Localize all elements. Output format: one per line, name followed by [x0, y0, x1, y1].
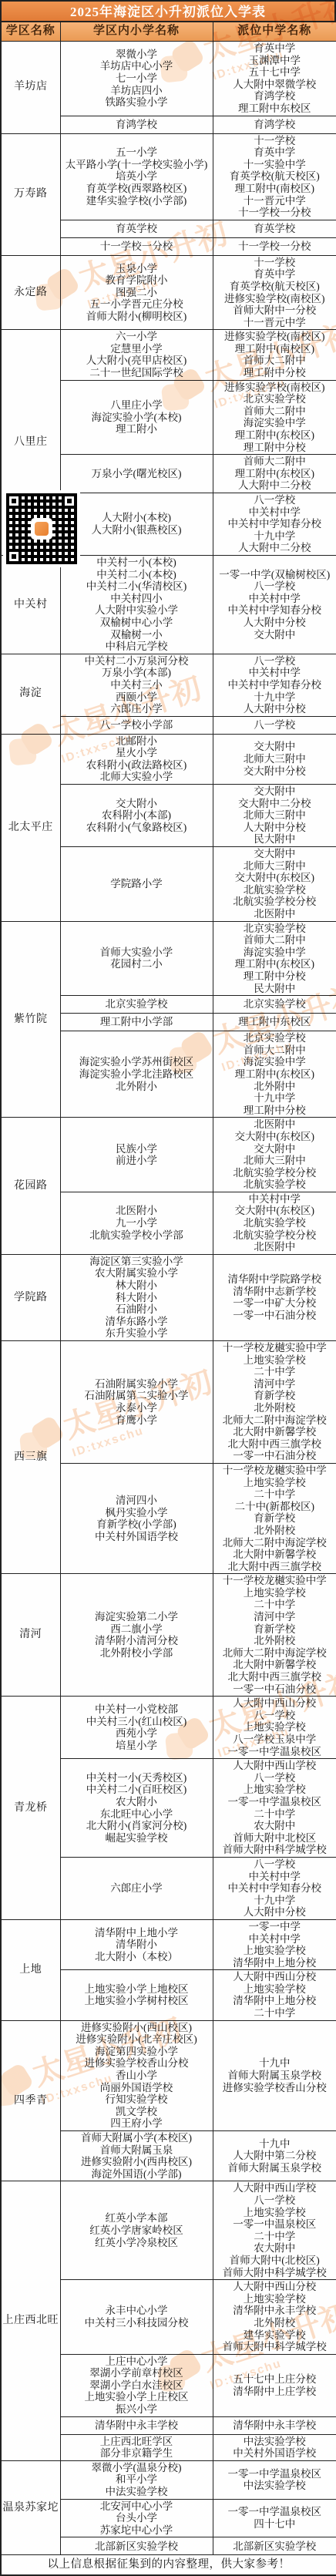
school-name: 上地实验学校	[214, 2293, 336, 2305]
school-name: 清华附中永丰学校	[214, 2420, 336, 2432]
school-name: 二十中学	[214, 1599, 336, 1611]
school-name: 北外附校小学部	[62, 1647, 212, 1660]
school-name: 北外附小	[62, 1081, 212, 1093]
school-name: 育英中学	[214, 146, 336, 159]
primary-schools-cell: 海淀实验小学苏州街校区海淀实验小学北洼路校区北外附小	[60, 1031, 213, 1118]
school-name: 育英中学	[214, 42, 336, 55]
middle-schools-cell: 一零一中学温泉校区四十七中	[213, 2499, 336, 2537]
table-row: 羊坊店翠微小学羊坊店中心小学七一小学羊坊店四小铁路实验小学育英中学玉渊潭中学五十…	[1, 42, 336, 116]
school-name: 北外附校	[214, 1525, 336, 1537]
school-name: 民族小学	[62, 1143, 212, 1155]
district-name-cell: 上地	[1, 1919, 60, 2020]
school-name: 石油附属实验小学	[62, 1378, 212, 1391]
school-name: 人大附中分校	[214, 1906, 336, 1919]
school-name: 二十中学	[214, 1488, 336, 1501]
school-name: 中法实验学校	[214, 2480, 336, 2492]
school-name: 农大附属实验小学	[62, 1267, 212, 1280]
school-name: 一零一中学温泉校区	[214, 1746, 336, 1758]
school-name: 中关村中学	[214, 1193, 336, 1206]
school-name: 永丰中心小学	[62, 2305, 212, 2317]
school-name: 二十中学	[214, 1366, 336, 1378]
school-name: 上地实验学校	[214, 2207, 336, 2219]
middle-schools-cell: 一零一中学温泉校区中法实验学校	[213, 2460, 336, 2499]
school-name: 羊坊店四小	[62, 85, 212, 97]
school-name: 交大附中(东校区)	[214, 872, 336, 884]
school-name: 人大附中二分校	[214, 479, 336, 492]
primary-schools-cell: 红英小学本部红英小学唐家岭校区红英小学冷泉校区	[60, 2181, 213, 2280]
school-name: 北航实验学校	[214, 1217, 336, 1229]
school-name: 石油附属第二实验小学	[62, 1390, 212, 1402]
middle-schools-cell: 十一学校龙樾实验中学上地实验学校二十中学清河中学育新学校北外附校北师大二附中海淀…	[213, 1574, 336, 1697]
school-name: 二十中学	[214, 1808, 336, 1821]
school-name: 中关村一小(天秀校区)	[62, 1772, 212, 1784]
school-name: 理工附中分校	[214, 442, 336, 454]
school-name: 理工附中(东校区)	[214, 958, 336, 970]
school-name: 九一小学	[62, 1217, 212, 1229]
middle-schools-cell: 一零一中学中关村中学上地实验学校清华附中上地分校	[213, 1919, 336, 1969]
school-name: 五一小学晋元庄分校	[62, 298, 212, 311]
school-name: 北大附中新馨学校	[214, 1426, 336, 1438]
primary-schools-cell: 人大附小(本校)人大附小(银燕校区)	[60, 493, 213, 556]
school-name: 十九中学	[214, 1092, 336, 1105]
school-name: 清华附小清河分校	[62, 1635, 212, 1647]
school-name: 清华附中上地分校	[214, 1995, 336, 2007]
school-name: 石油附小	[62, 1303, 212, 1316]
school-name: 育鸿学校	[214, 90, 336, 103]
school-name: 花园村二小	[62, 958, 212, 970]
middle-schools-cell: 人大附中西山分校上地实验学校清华附中上地分校二十中学	[213, 1970, 336, 2020]
school-name: 十一学校一分校	[214, 207, 336, 219]
primary-schools-cell: 六郎庄小学	[60, 1857, 213, 1919]
school-name: 北航实验学校分校	[214, 1229, 336, 1242]
school-name: 中关村二小(百旺校区)	[62, 1784, 212, 1796]
school-name: 海淀外国语(小学部)	[62, 2168, 212, 2181]
school-name: 首师大二附中	[214, 405, 336, 418]
school-name: 一零一中石油分校	[214, 1310, 336, 1322]
school-name: 上地实验学校	[214, 1721, 336, 1734]
school-name: 北医附小	[62, 1205, 212, 1217]
school-name: 上地实验学校	[214, 1354, 336, 1367]
school-name: 北师大二附中海淀学校	[214, 1537, 336, 1549]
school-name: 理工附中分校	[214, 970, 336, 983]
primary-schools-cell: 北邮附小星火小学农科附小(政法路校区)北师大实验小学	[60, 734, 213, 784]
school-name: 交大附中	[214, 629, 336, 641]
footer-row: 以上信息根据征集到的内容整理，供大家参考！	[1, 2555, 336, 2576]
school-name: 八一学校	[214, 580, 336, 593]
middle-schools-cell: 北医附中交大附中(东校区)交大附中北师大三附中北航实验学校分校北航实验学校	[213, 1118, 336, 1192]
primary-schools-cell: 翠微小学(温泉分校)和平小学中法实验学校	[60, 2460, 213, 2499]
district-name-cell: 温泉苏家坨	[1, 2460, 60, 2555]
middle-schools-cell: 首师大二附中理工附中(东校区)人大附中二分校	[213, 455, 336, 493]
school-name: 崛起实验学校	[62, 1832, 212, 1845]
school-name: 图强二小	[62, 287, 212, 299]
school-name: 行知实验学校	[62, 2093, 212, 2106]
middle-schools-cell: 十一学校龙樾实验中学上地实验学校二十中学清河中学育新学校北外附校北师大二附中海淀…	[213, 1341, 336, 1464]
school-name: 首师大附小(柳明校区)	[62, 311, 212, 323]
school-name: 育鹰小学	[62, 1414, 212, 1427]
middle-schools-cell: 八一学校中关村中学中关村中学知春分校十九中学人大附中分校	[213, 1857, 336, 1919]
school-name: 进修实验学校香山分校	[62, 2057, 212, 2070]
school-name: 玉泉小学	[62, 263, 212, 275]
school-name: 北大附中西三旗学校	[214, 1438, 336, 1451]
school-name: 北京实验学校	[62, 998, 212, 1011]
school-name: 尚丽外国语学校	[62, 2082, 212, 2094]
school-name: 首师大附中科学城学校	[214, 1844, 336, 1856]
school-name: 人大附中二分校	[214, 542, 336, 554]
school-name: 北京实验学校	[214, 998, 336, 1011]
school-name: 科大附小	[62, 1292, 212, 1304]
school-name: 交大附中(东校区)	[214, 1205, 336, 1217]
district-name-cell: 清河	[1, 1574, 60, 1697]
school-name: 首师大二附中	[214, 1044, 336, 1057]
primary-schools-cell: 北安河中心小学台头小学苏家坨中心小学	[60, 2499, 213, 2537]
district-name-cell: 青龙桥	[1, 1697, 60, 1920]
primary-schools-cell: 玉泉小学教育学院附小图强二小五一小学晋元庄分校首师大附小(柳明校区)	[60, 255, 213, 330]
school-name: 育新学校	[214, 1390, 336, 1402]
school-name: 北师大三附中	[214, 860, 336, 873]
school-name: 农大附中	[214, 1820, 336, 1832]
school-name: 中关村中学知春分校	[214, 604, 336, 617]
middle-schools-cell: 八一学校	[213, 716, 336, 734]
school-name: 中关村中学	[214, 506, 336, 519]
table-row: 紫竹院首师大实验小学花园村二小北京实验学校首师大二附中海淀实验中学理工附中(东校…	[1, 921, 336, 996]
school-name: 交大附中	[214, 848, 336, 860]
primary-schools-cell: 清河四小枫丹实验小学育新学校(小学部)中关村外国语学校	[60, 1463, 213, 1573]
school-name: 东北旺中心小学	[62, 1808, 212, 1821]
school-name: 翠湖小学白水洼校区	[62, 2379, 212, 2392]
district-name-cell: 永定路	[1, 255, 60, 330]
middle-schools-cell: 人大附中西山学校八一学校上地实验学校一零一中温泉校区二十中学农大附中首师大附中(…	[213, 2181, 336, 2280]
school-name: 交大附中分校	[214, 765, 336, 778]
school-name: 八一学校	[214, 1858, 336, 1871]
school-name: 十一学校一分校	[62, 240, 212, 253]
school-name: 中科启元学校	[62, 641, 212, 653]
school-name: 理工附中东校区	[214, 103, 336, 115]
header-primary-schools: 学区内小学名称	[60, 22, 213, 42]
school-name: 理工附中(南校区)	[214, 183, 336, 195]
school-name: 北大附中新馨学校	[214, 1549, 336, 1561]
school-name: 香山小学	[62, 2070, 212, 2082]
school-name: 上地实验学校	[214, 1587, 336, 1599]
school-name: 首师大附属玉泉	[62, 2144, 212, 2157]
school-name: 十一学校	[214, 257, 336, 269]
school-name: 海淀实验中学	[214, 1056, 336, 1068]
school-name: 北师大二附中海淀学校	[214, 1647, 336, 1660]
school-name: 振兴小学	[62, 2403, 212, 2416]
primary-schools-cell: 万泉小学(曙光校区)	[60, 455, 213, 493]
school-name: 中关村二小万泉河分校	[62, 655, 212, 668]
primary-schools-cell: 八一学校小学部	[60, 716, 213, 734]
school-name: 清华附中学院路学校	[214, 1273, 336, 1286]
school-name: 清华附中永丰学校	[62, 2420, 212, 2432]
school-name: 首师大附属玉泉学校	[214, 2162, 336, 2174]
school-name: 八一学校	[214, 655, 336, 668]
school-name: 北航实验学校	[214, 1179, 336, 1191]
district-name-cell: 羊坊店	[1, 42, 60, 134]
school-name: 十一学校龙樾实验中学	[214, 1465, 336, 1477]
district-name-cell: 北太平庄	[1, 734, 60, 921]
school-name: 进修实验附小(西山校区)	[62, 2022, 212, 2034]
school-name: 十一学校龙樾实验中学	[214, 1575, 336, 1587]
school-name: 育鸿学校	[62, 119, 212, 131]
school-name: 人大附中西山分校	[214, 1971, 336, 1983]
middle-schools-cell: 育英中学玉渊潭中学五十七中学人大附中翠微学校育鸿学校理工附中东校区	[213, 42, 336, 116]
school-name: 上地实验学校	[214, 1983, 336, 1996]
school-name: 交大附中二分校	[214, 798, 336, 810]
school-name: 万泉小学(本部)	[62, 667, 212, 679]
school-name: 前进小学	[62, 1155, 212, 1167]
school-name: 育英学校	[214, 223, 336, 235]
middle-schools-cell: 北京实验学校首师大二附中海淀实验中学理工附中(东校区)理工附中分校民大附中	[213, 921, 336, 996]
school-name: 苏家坨中心小学	[62, 2524, 212, 2537]
school-name: 八一学校	[214, 1772, 336, 1784]
table-row: 北太平庄北邮附小星火小学农科附小(政法路校区)北师大实验小学交大附中北师大三附中…	[1, 734, 336, 784]
school-name: 和平小学	[62, 2473, 212, 2486]
school-name: 进修实验附小(西冉校区)	[62, 2156, 212, 2168]
middle-schools-cell: 清华附中永丰学校	[213, 2416, 336, 2434]
school-name: 四十七中	[214, 2518, 336, 2531]
middle-schools-cell: 育英学校	[213, 220, 336, 237]
primary-schools-cell: 育英学校	[60, 220, 213, 237]
school-name: 中关村中学	[214, 593, 336, 605]
school-name: 一零一中石油分校	[214, 1450, 336, 1462]
school-name: 五十七中上庄分校	[214, 2373, 336, 2386]
school-name: 中关村中学知春分校	[214, 679, 336, 691]
school-name: 培星小学	[62, 1740, 212, 1752]
school-name: 北师大三附中	[214, 753, 336, 765]
middle-schools-cell: 十一学校一分校	[213, 237, 336, 255]
primary-schools-cell: 五一小学太平路小学(十一学校实验小学)培英小学育英学校(西翠路校区)建华实验学校…	[60, 133, 213, 220]
primary-schools-cell: 六一小学定慧里小学人大附小(亮甲店校区)二十一世纪国际学校	[60, 330, 213, 380]
school-name: 海淀实验中学	[214, 947, 336, 959]
school-name: 北师大三附中	[214, 1155, 336, 1167]
placement-table-sheet: 2025年海淀区小升初派位入学表 学区名称 学区内小学名称 派位中学名称 羊坊店…	[0, 0, 336, 2576]
school-name: 六郎庄小学	[62, 1882, 212, 1895]
school-name: 四王府小学	[62, 2117, 212, 2130]
school-name: 北部新区实验学校	[62, 2541, 212, 2553]
school-name: 人大附小(亮甲店校区)	[62, 355, 212, 367]
school-name: 海淀实验小学苏州街校区	[62, 1056, 212, 1068]
school-name: 人大附中第二分校	[214, 2150, 336, 2162]
school-name: 北大附小（本校）	[62, 1951, 212, 1963]
school-name: 翠微小学(温泉分校)	[62, 2462, 212, 2474]
school-name: 中关村一小(本校)	[62, 557, 212, 569]
school-name: 首师大二附中	[214, 934, 336, 947]
school-name: 枫丹实验小学	[62, 1507, 212, 1519]
school-name: 人大附中分校	[214, 822, 336, 834]
school-name: 十一晋元中学	[214, 195, 336, 207]
school-name: 理工附中小学部	[62, 1016, 212, 1028]
school-name: 北师大三附中	[214, 809, 336, 822]
school-name: 进修实验附小(北辛庄校区)	[62, 2033, 212, 2046]
table-row: 花园路民族小学前进小学北医附中交大附中(东校区)交大附中北师大三附中北航实验学校…	[1, 1118, 336, 1192]
middle-schools-cell: 十九中首师大附属玉泉学校进修实验学校香山分校	[213, 2020, 336, 2130]
school-name: 西颐小学	[62, 691, 212, 704]
school-name: 中关村中学	[214, 1871, 336, 1883]
footer-note: 以上信息根据征集到的内容整理，供大家参考！	[1, 2555, 336, 2576]
school-name: 理工附中(南校区)	[214, 343, 336, 355]
school-name: 北医附中	[214, 908, 336, 920]
school-name: 北京实验学校	[214, 923, 336, 935]
school-name: 北航实验学校分校	[214, 1167, 336, 1179]
primary-schools-cell: 中关村一小(天秀校区)中关村二小(百旺校区)农大附小东北旺中心小学北大附小(肖家…	[60, 1759, 213, 1858]
middle-schools-cell: 交大附中北师大三附中交大附中(东校区)北航实验学校北航实验学校分校北医附中	[213, 847, 336, 922]
school-name: 交大附中	[214, 1143, 336, 1155]
school-name: 海淀实验小学北洼路校区	[62, 1068, 212, 1081]
school-name: 中法实验学校	[214, 2436, 336, 2448]
school-name: 二十中(新都校区)	[214, 1501, 336, 1513]
school-name: 中关村二小(华清校区)	[62, 580, 212, 593]
middle-schools-cell: 八一学校中关村中学中关村中学知春分校十九中学人大附中分校	[213, 654, 336, 716]
table-row: 海淀中关村二小万泉河分校万泉小学(本部)中关村三小西颐小学六郎庄小学八一学校中关…	[1, 654, 336, 716]
school-name: 西二旗小学	[62, 1623, 212, 1636]
middle-schools-cell: 北京实验学校	[213, 996, 336, 1014]
school-name: 农科附小(政法路校区)	[62, 759, 212, 772]
school-name: 进修实验学校(南校区)	[214, 331, 336, 343]
school-name: 北大附小(肖家河分校)	[62, 1820, 212, 1832]
middle-schools-cell: 人大附中西山分校上地实验学校清华附中永丰学校北外附校建华实验学校首师大附中科学城…	[213, 2280, 336, 2355]
school-name: 人大附中西山分校	[214, 1697, 336, 1710]
school-name: 上地实验小学上地校区	[62, 1983, 212, 1996]
school-name: 交大附中(东校区)	[214, 1131, 336, 1143]
school-name: 林大附小	[62, 1280, 212, 1292]
table-row: 万寿路五一小学太平路小学(十一学校实验小学)培英小学育英学校(西翠路校区)建华实…	[1, 133, 336, 220]
middle-schools-cell: 一零一中学(双榆树校区)八一学校中关村中学中关村中学知春分校人大附中分校交大附中	[213, 555, 336, 654]
school-name: 八一学校	[214, 719, 336, 731]
school-name: 五十七中学	[214, 66, 336, 79]
primary-schools-cell: 育鸿学校	[60, 116, 213, 133]
header-row: 学区名称 学区内小学名称 派位中学名称	[1, 22, 336, 42]
middle-schools-cell: 育鸿学校	[213, 116, 336, 133]
school-name: 育新学校	[214, 1623, 336, 1636]
middle-schools-cell: 十一学校育英中学育英学校(航天校区)进修实验学校(南校区)首师大附中一分校十一晋…	[213, 255, 336, 330]
school-name: 十一学校	[214, 135, 336, 147]
school-name: 进修实验学校(南校区)	[214, 293, 336, 305]
district-name-cell: 四季青	[1, 2020, 60, 2181]
table-row: 四季青进修实验附小(西山校区)进修实验附小(北辛庄校区)海淀第四实验小学进修实验…	[1, 2020, 336, 2130]
school-name: 上庄西北旺学区	[62, 2436, 212, 2448]
school-name: 中关村中学	[214, 667, 336, 679]
school-name: 翠湖小学前章村校区	[62, 2367, 212, 2379]
school-name: 双榆树一小	[62, 629, 212, 641]
school-name: 民大附中	[214, 833, 336, 846]
table-body: 羊坊店翠微小学羊坊店中心小学七一小学羊坊店四小铁路实验小学育英中学玉渊潭中学五十…	[1, 42, 336, 2555]
school-name: 清河四小	[62, 1495, 212, 1507]
school-name: 理工附小	[62, 423, 212, 435]
school-name: 上地实验学校	[214, 1945, 336, 1957]
school-name: 学院路小学	[62, 878, 212, 890]
school-name: 万泉小学(曙光校区)	[62, 468, 212, 480]
primary-schools-cell: 海淀实验第二小学西二旗小学清华附小清河分校北外附校小学部	[60, 1574, 213, 1697]
school-name: 十一学校一分校	[214, 240, 336, 253]
school-name: 首师大附中北校区	[214, 1832, 336, 1845]
school-name: 进修实验学校香山分校	[214, 2082, 336, 2094]
school-name: 人大附中分校	[214, 703, 336, 715]
school-name: 定慧里小学	[62, 343, 212, 355]
school-name: 太平路小学(十一学校实验小学)	[62, 159, 212, 171]
school-name: 民大附中	[214, 983, 336, 995]
school-name: 理工附中(东校区)	[214, 1068, 336, 1081]
school-name: 部分非京籍学生	[62, 2447, 212, 2460]
school-name: 育新学校	[214, 1512, 336, 1525]
table-header: 学区名称 学区内小学名称 派位中学名称	[1, 22, 336, 42]
school-name: 一零一中矿大分校	[214, 1297, 336, 1310]
district-name-cell: 上庄西北旺	[1, 2181, 60, 2460]
school-name: 北京实验学校	[214, 393, 336, 405]
school-name: 中关村一小党校部	[62, 1703, 212, 1716]
school-name: 上地实验小学上庄校区	[62, 2391, 212, 2403]
school-name: 一零一中学温泉校区	[214, 1796, 336, 1808]
school-name: 北外附校	[214, 2317, 336, 2329]
school-name: 交大附中	[214, 785, 336, 798]
school-name: 十九中	[214, 2057, 336, 2070]
school-name: 教育学院附小	[62, 274, 212, 287]
table-row: 清河海淀实验第二小学西二旗小学清华附小清河分校北外附校小学部十一学校龙樾实验中学…	[1, 1574, 336, 1697]
school-name: 北医附中	[214, 1118, 336, 1131]
primary-schools-cell: 首师大附属小学(本校区)首师大附属玉泉进修实验附小(西冉校区)海淀外国语(小学部…	[60, 2131, 213, 2181]
primary-schools-cell: 理工附中小学部	[60, 1014, 213, 1031]
school-name: 中关村中学	[214, 1933, 336, 1945]
middle-schools-cell: 人大附中西山学校八一学校上地实验学校一零一中学温泉校区二十中学农大附中首师大附中…	[213, 1759, 336, 1858]
school-name: 北邮附小	[62, 735, 212, 748]
school-name: 海淀实验小学(本校)	[62, 412, 212, 424]
middle-schools-cell: 中法实验学校中关村外国语学校	[213, 2434, 336, 2460]
primary-schools-cell: 进修实验附小(西山校区)进修实验附小(北辛庄校区)海淀第四实验小学进修实验学校香…	[60, 2020, 213, 2130]
school-name: 海淀实验中学	[214, 417, 336, 429]
school-name: 首师大实验小学	[62, 947, 212, 959]
school-name: 清华附中上庄学校	[214, 2386, 336, 2398]
school-name: 人大附小(本校)	[62, 512, 212, 524]
school-name: 首师大二附中	[214, 456, 336, 468]
school-name: 海淀区第三实验小学	[62, 1256, 212, 1268]
school-name: 八一学校玉泉中学	[214, 1734, 336, 1746]
school-name: 中关村中学知春分校	[214, 518, 336, 530]
school-name: 上地实验小学树村校区	[62, 1995, 212, 2007]
school-name: 上地实验学校	[214, 1784, 336, 1796]
school-name: 海淀实验第二小学	[62, 1611, 212, 1623]
middle-schools-cell: 八一学校中关村中学中关村中学知春分校十九中学人大附中二分校	[213, 493, 336, 556]
school-name: 农大附中	[214, 2242, 336, 2255]
school-name: 十一学校龙樾实验中学	[214, 1342, 336, 1354]
school-name: 八里庄小学	[62, 399, 212, 412]
table-footer: 以上信息根据征集到的内容整理，供大家参考！	[1, 2555, 336, 2576]
district-name-cell: 花园路	[1, 1118, 60, 1255]
qr-finder-icon	[6, 493, 22, 509]
school-name: 八一学校	[214, 494, 336, 506]
middle-schools-cell: 北部新区实验学校	[213, 2537, 336, 2555]
primary-schools-cell: 十一学校一分校	[60, 237, 213, 255]
school-name: 理工附中分校	[214, 367, 336, 379]
school-name: 北航实验学校	[214, 884, 336, 896]
school-name: 理工附中(东校区)	[214, 468, 336, 480]
school-name: 中关村中学知春分校	[214, 1882, 336, 1895]
district-name-cell: 万寿路	[1, 133, 60, 255]
primary-schools-cell: 中关村一小(本校)中关村二小(本校)中关村二小(华清校区)中关村四小人大附中实验…	[60, 555, 213, 654]
school-name: 理工附中(东校区)	[214, 429, 336, 442]
table-row: 学院路海淀区第三实验小学农大附属实验小学林大附小科大附小石油附小清华东路小学东升…	[1, 1254, 336, 1340]
school-name: 农大附小	[62, 1796, 212, 1808]
school-name: 星火小学	[62, 747, 212, 759]
school-name: 十九中学	[214, 691, 336, 704]
table-row: 八里庄六一小学定慧里小学人大附小(亮甲店校区)二十一世纪国际学校进修实验学校(南…	[1, 330, 336, 380]
school-name: 人大附小(银燕校区)	[62, 524, 212, 536]
school-name: 北京实验学校	[214, 1032, 336, 1044]
school-name: 十九中	[214, 2138, 336, 2151]
school-name: 人大附中实验小学	[62, 604, 212, 617]
school-name: 理工附中分校	[214, 1105, 336, 1117]
school-name: 中关村三小	[62, 679, 212, 691]
school-name: 建华实验学校	[214, 2329, 336, 2342]
